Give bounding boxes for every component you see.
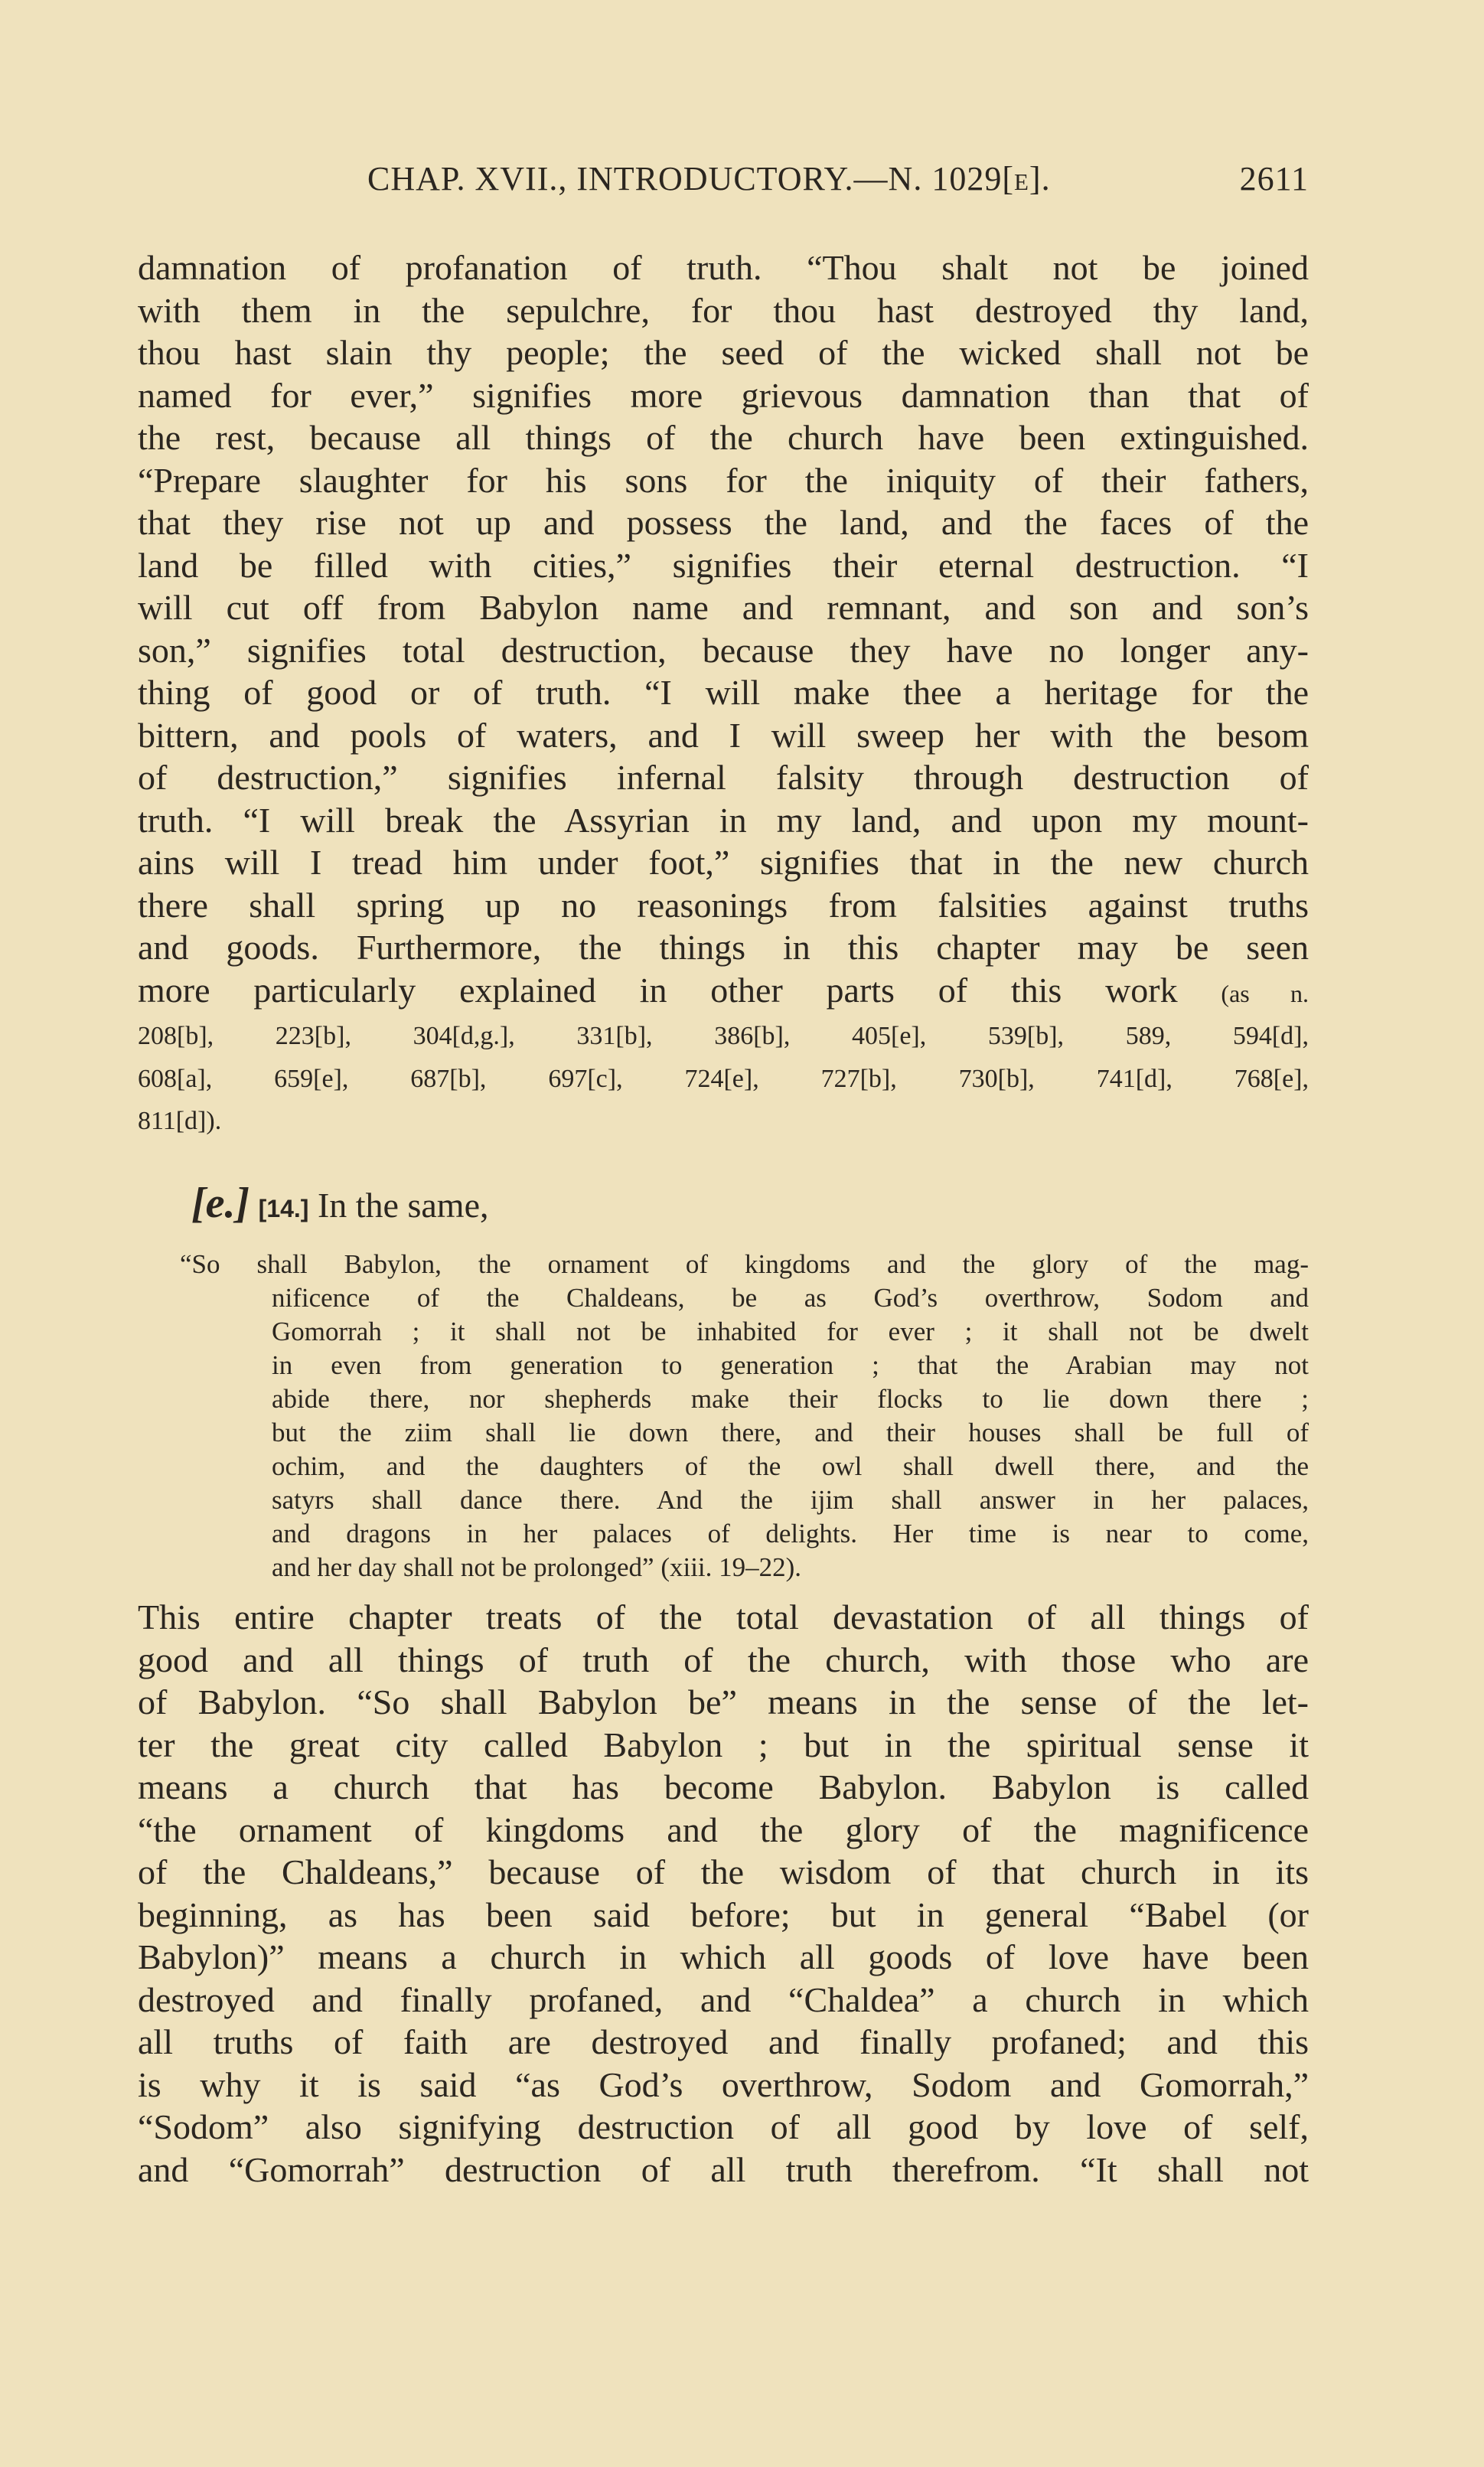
scripture-quotation: “So shall Babylon, the ornament of kingd… — [180, 1248, 1309, 1584]
section-heading: [e.] [14.] In the same, — [191, 1183, 488, 1230]
text-line: all truths of faith are destroyed and fi… — [138, 2021, 1309, 2064]
quote-line: and her day shall not be prolonged” (xii… — [180, 1551, 1309, 1584]
text-line: land be filled with cities,” signifies t… — [138, 544, 1309, 587]
text-line: damnation of profanation of truth. “Thou… — [138, 246, 1309, 289]
text-line: “Sodom” also signifying destruction of a… — [138, 2106, 1309, 2149]
text-line: This entire chapter treats of the total … — [138, 1596, 1309, 1639]
page-number: 2611 — [1240, 159, 1309, 198]
refs-intro: (as n. — [1221, 980, 1309, 1007]
paragraph-1: damnation of profanation of truth. “Thou… — [138, 246, 1309, 1143]
quote-line: in even from generation to generation ; … — [180, 1349, 1309, 1382]
quote-line: abide there, nor shepherds make their fl… — [180, 1382, 1309, 1416]
section-number: [14.] — [259, 1195, 309, 1222]
quote-line: and dragons in her palaces of delights. … — [180, 1517, 1309, 1551]
text-fragment: more particularly explained in other par… — [138, 971, 1178, 1010]
text-line: the rest, because all things of the chur… — [138, 416, 1309, 459]
text-line: “the ornament of kingdoms and the glory … — [138, 1809, 1309, 1852]
quote-line: satyrs shall dance there. And the ijim s… — [180, 1483, 1309, 1517]
text-line: truth. “I will break the Assyrian in my … — [138, 799, 1309, 842]
text-line: named for ever,” signifies more grievous… — [138, 374, 1309, 417]
text-line: means a church that has become Babylon. … — [138, 1766, 1309, 1809]
text-line: beginning, as has been said before; but … — [138, 1894, 1309, 1937]
text-line: bittern, and pools of waters, and I will… — [138, 714, 1309, 757]
text-line: “Prepare slaughter for his sons for the … — [138, 459, 1309, 502]
text-line: and goods. Furthermore, the things in th… — [138, 926, 1309, 969]
paragraph-2: This entire chapter treats of the total … — [138, 1596, 1309, 2191]
text-line: of destruction,” signifies infernal fals… — [138, 756, 1309, 799]
text-line: that they rise not up and possess the la… — [138, 501, 1309, 544]
text-line: there shall spring up no reasonings from… — [138, 884, 1309, 927]
text-line: Babylon)” means a church in which all go… — [138, 1936, 1309, 1979]
text-line: is why it is said “as God’s overthrow, S… — [138, 2064, 1309, 2106]
text-line: son,” signifies total destruction, becau… — [138, 629, 1309, 672]
quote-line: Gomorrah ; it shall not be inhabited for… — [180, 1315, 1309, 1349]
text-line-with-refs-intro: more particularly explained in other par… — [138, 969, 1309, 1016]
text-line: will cut off from Babylon name and remna… — [138, 586, 1309, 629]
text-line: with them in the sepulchre, for thou has… — [138, 289, 1309, 332]
text-line: of the Chaldeans,” because of the wisdom… — [138, 1851, 1309, 1894]
references-line: 608[a], 659[e], 687[b], 697[c], 724[e], … — [138, 1058, 1309, 1101]
running-title: CHAP. XVII., INTRODUCTORY.—N. 1029[e]. — [367, 159, 1051, 198]
text-line: ains will I tread him under foot,” signi… — [138, 841, 1309, 884]
running-head: CHAP. XVII., INTRODUCTORY.—N. 1029[e]. 2… — [367, 159, 1309, 198]
references-line: 811[d]). — [138, 1100, 1309, 1143]
text-line: and “Gomorrah” destruction of all truth … — [138, 2149, 1309, 2191]
references-line: 208[b], 223[b], 304[d,g.], 331[b], 386[b… — [138, 1015, 1309, 1058]
quote-line: ochim, and the daughters of the owl shal… — [180, 1450, 1309, 1483]
section-intro: In the same, — [318, 1186, 489, 1225]
text-line: ter the great city called Babylon ; but … — [138, 1724, 1309, 1767]
quote-line: but the ziim shall lie down there, and t… — [180, 1416, 1309, 1450]
quote-line: nificence of the Chaldeans, be as God’s … — [180, 1281, 1309, 1315]
text-line: thing of good or of truth. “I will make … — [138, 671, 1309, 714]
text-line: good and all things of truth of the chur… — [138, 1639, 1309, 1682]
section-marker: [e.] — [191, 1180, 250, 1227]
text-line: destroyed and finally profaned, and “Cha… — [138, 1979, 1309, 2022]
quote-line: “So shall Babylon, the ornament of kingd… — [180, 1248, 1309, 1281]
text-line: thou hast slain thy people; the seed of … — [138, 331, 1309, 374]
text-line: of Babylon. “So shall Babylon be” means … — [138, 1681, 1309, 1724]
